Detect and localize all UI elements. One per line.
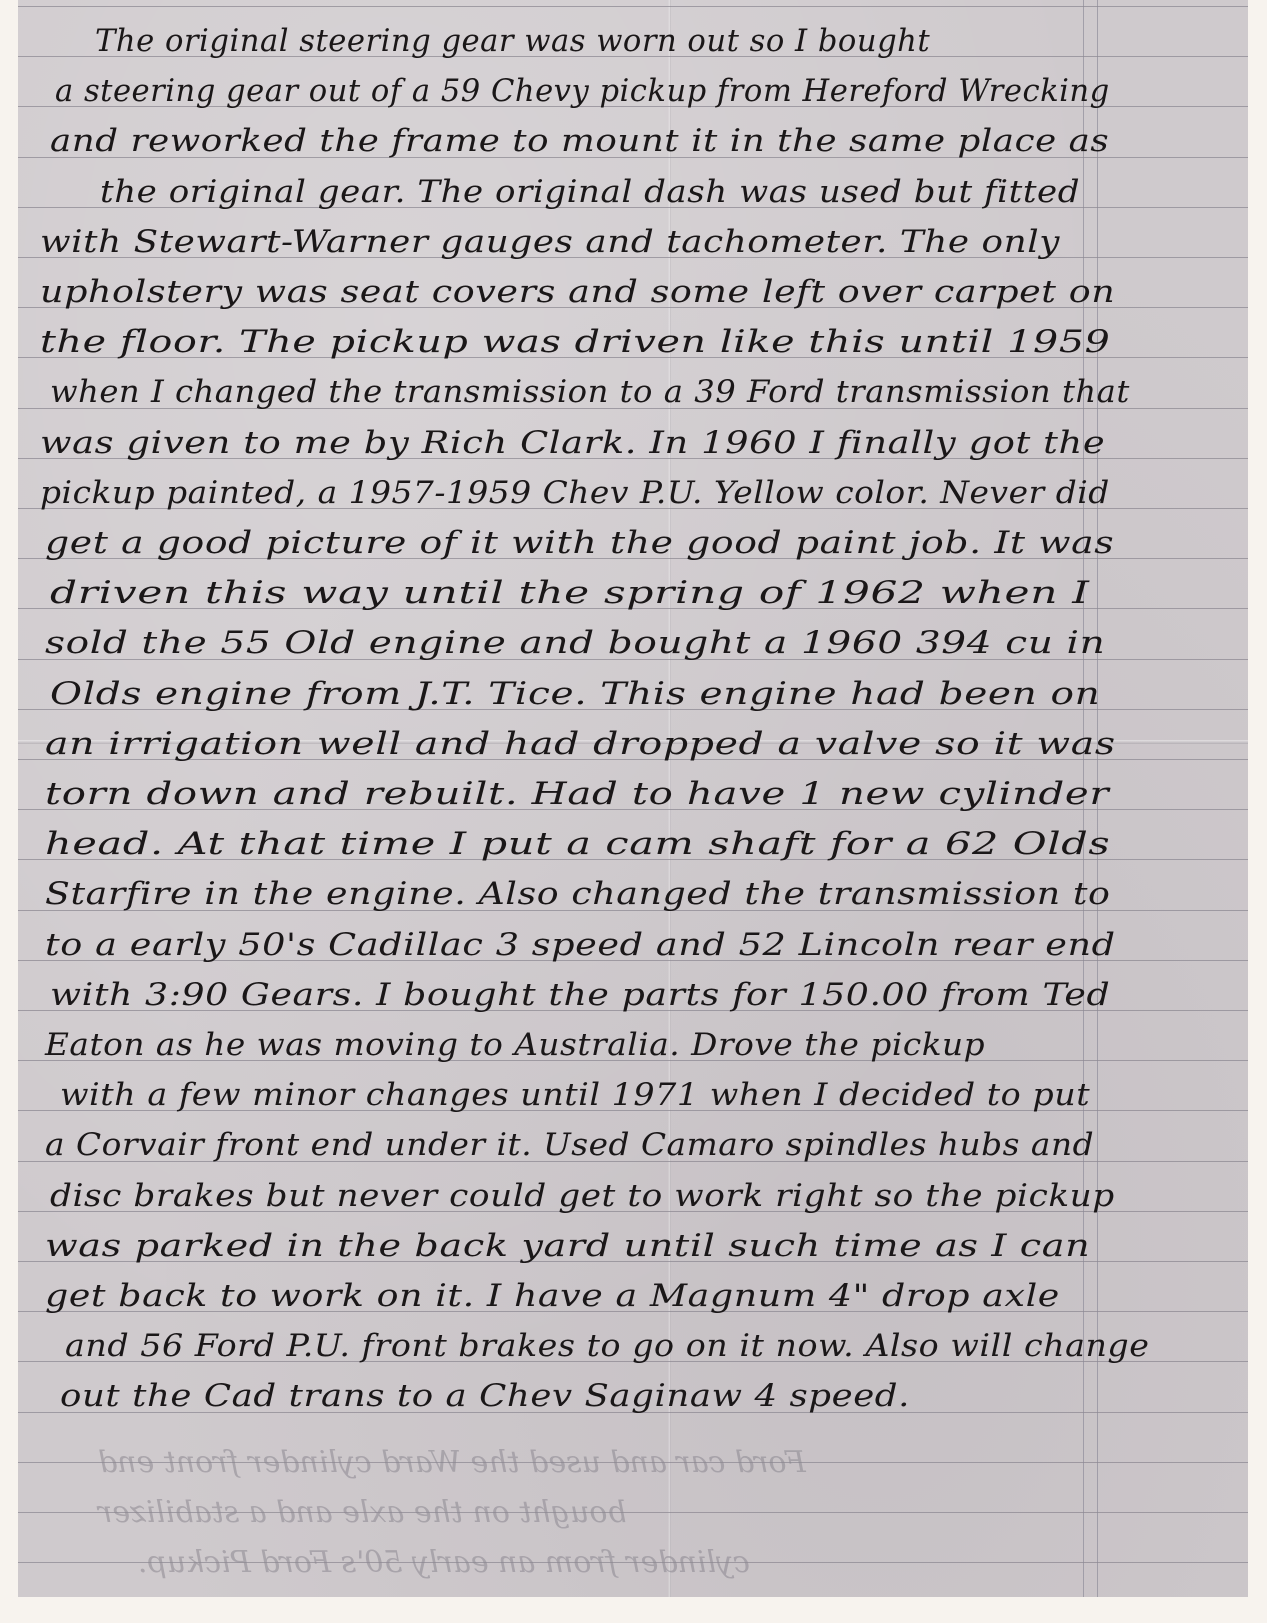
handwritten-line: get back to work on it. I have a Magnum … — [45, 1281, 1060, 1312]
handwritten-line: a Corvair front end under it. Used Camar… — [45, 1130, 1094, 1161]
handwritten-line: head. At that time I put a cam shaft for… — [45, 829, 1110, 860]
handwritten-line: the floor. The pickup was driven like th… — [40, 327, 1111, 358]
handwritten-line: torn down and rebuilt. Had to have 1 new… — [45, 779, 1109, 810]
handwritten-line: Starfire in the engine. Also changed the… — [45, 879, 1111, 910]
bleed-through-text: Ford car and used the Ward cylinder fron… — [98, 1448, 806, 1478]
handwritten-line: sold the 55 Old engine and bought a 1960… — [45, 628, 1105, 659]
handwritten-line: The original steering gear was worn out … — [95, 26, 930, 57]
handwritten-line: to a early 50's Cadillac 3 speed and 52 … — [45, 930, 1116, 961]
bleed-through-text: bought on the axle and a stabilizer — [98, 1498, 627, 1528]
handwritten-line: Eaton as he was moving to Australia. Dro… — [45, 1030, 985, 1061]
ruled-line — [18, 6, 1248, 7]
handwritten-line: with Stewart-Warner gauges and tachomete… — [40, 227, 1060, 258]
handwritten-line: Olds engine from J.T. Tice. This engine … — [50, 679, 1100, 710]
bleed-through-text: cylinder from an early 50's Ford Pickup. — [138, 1548, 750, 1578]
handwritten-line: disc brakes but never could get to work … — [50, 1181, 1115, 1212]
handwritten-line: out the Cad trans to a Chev Saginaw 4 sp… — [60, 1381, 910, 1412]
handwritten-line: was parked in the back yard until such t… — [45, 1231, 1090, 1262]
handwritten-line: and reworked the frame to mount it in th… — [50, 126, 1109, 157]
handwritten-line: with 3:90 Gears. I bought the parts for … — [50, 980, 1110, 1011]
handwritten-line: upholstery was seat covers and some left… — [40, 277, 1115, 308]
handwritten-line: and 56 Ford P.U. front brakes to go on i… — [65, 1331, 1149, 1362]
lined-paper-sheet: The original steering gear was worn out … — [18, 0, 1248, 1597]
handwritten-line: pickup painted, a 1957-1959 Chev P.U. Ye… — [40, 478, 1110, 509]
handwritten-line: with a few minor changes until 1971 when… — [60, 1080, 1090, 1111]
handwritten-line: driven this way until the spring of 1962… — [50, 578, 1090, 609]
handwritten-line: get a good picture of it with the good p… — [45, 528, 1114, 559]
handwritten-line: was given to me by Rich Clark. In 1960 I… — [40, 428, 1105, 459]
handwritten-line: a steering gear out of a 59 Chevy pickup… — [55, 76, 1110, 107]
handwritten-line: when I changed the transmission to a 39 … — [50, 377, 1130, 408]
handwritten-line: the original gear. The original dash was… — [100, 177, 1080, 208]
handwritten-line: an irrigation well and had dropped a val… — [45, 729, 1116, 760]
